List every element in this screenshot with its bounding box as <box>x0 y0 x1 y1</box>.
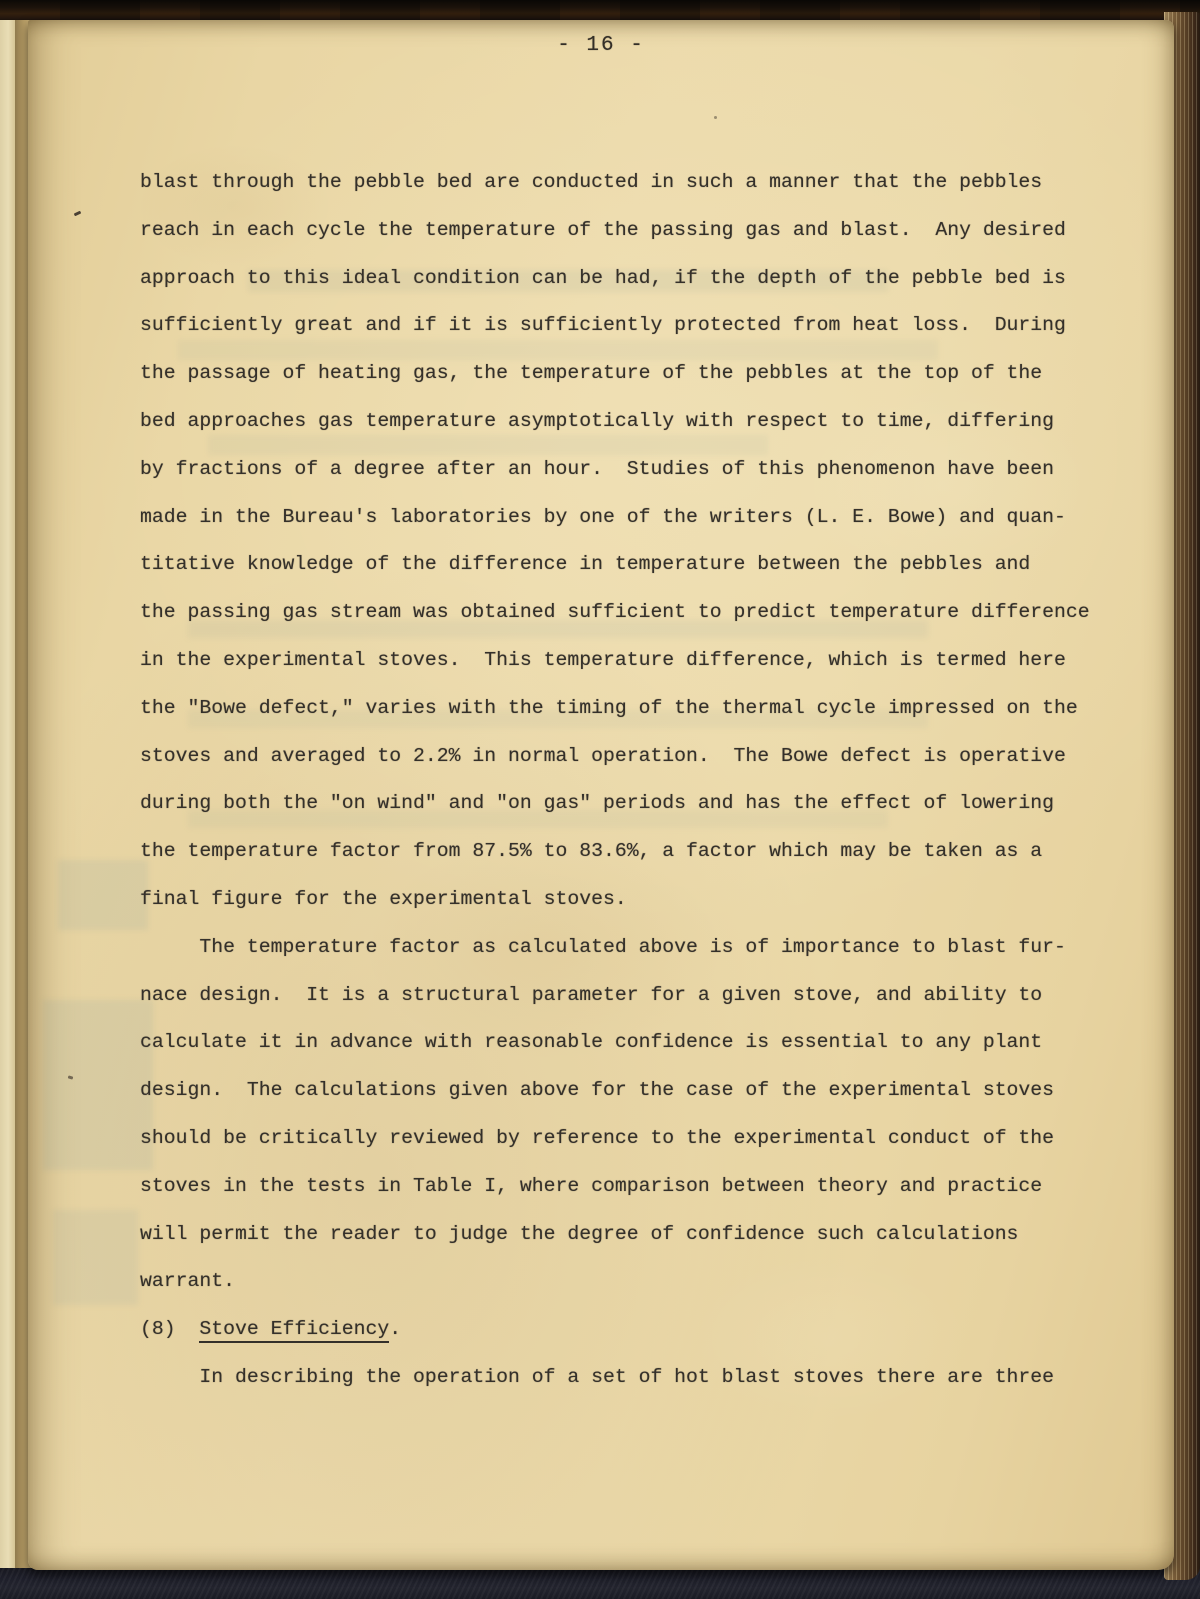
section-heading-title: Stove Efficiency <box>199 1318 389 1343</box>
section-heading: (8) Stove Efficiency. <box>140 1306 1130 1354</box>
text-line: titative knowledge of the difference in … <box>140 541 1130 589</box>
paper-speck <box>714 116 717 119</box>
paper-speck <box>68 1075 74 1079</box>
text-line: the "Bowe defect," varies with the timin… <box>140 685 1130 733</box>
text-line: in the experimental stoves. This tempera… <box>140 637 1130 685</box>
typed-text-block: blast through the pebble bed are conduct… <box>140 159 1130 1402</box>
text-line: stoves in the tests in Table I, where co… <box>140 1163 1130 1211</box>
text-line: sufficiently great and if it is sufficie… <box>140 302 1130 350</box>
page-number: - 16 - <box>28 34 1174 57</box>
text-line: blast through the pebble bed are conduct… <box>140 159 1130 207</box>
text-line: bed approaches gas temperature asymptoti… <box>140 398 1130 446</box>
text-line: approach to this ideal condition can be … <box>140 255 1130 303</box>
text-line: the passing gas stream was obtained suff… <box>140 589 1130 637</box>
text-line: nace design. It is a structural paramete… <box>140 972 1130 1020</box>
section-heading-period: . <box>389 1318 401 1340</box>
text-line: calculate it in advance with reasonable … <box>140 1019 1130 1067</box>
text-line: will permit the reader to judge the degr… <box>140 1211 1130 1259</box>
text-line: should be critically reviewed by referen… <box>140 1115 1130 1163</box>
text-line: made in the Bureau's laboratories by one… <box>140 494 1130 542</box>
paragraph-lines: blast through the pebble bed are conduct… <box>140 159 1130 1306</box>
bleed-through-smudge <box>58 860 148 930</box>
previous-page-edge <box>0 20 15 1568</box>
document-page: - 16 - blast through the pebble bed are … <box>28 20 1174 1570</box>
text-line: design. The calculations given above for… <box>140 1067 1130 1115</box>
text-line: stoves and averaged to 2.2% in normal op… <box>140 733 1130 781</box>
text-line: by fractions of a degree after an hour. … <box>140 446 1130 494</box>
book-cover-top-edge <box>0 0 1200 22</box>
text-line: The temperature factor as calculated abo… <box>140 924 1130 972</box>
bleed-through-smudge <box>53 1210 138 1305</box>
text-line: during both the "on wind" and "on gas" p… <box>140 780 1130 828</box>
paper-speck <box>74 211 82 217</box>
paragraph-lines: In describing the operation of a set of … <box>140 1354 1130 1402</box>
bleed-through-smudge <box>43 1000 153 1170</box>
text-line: the temperature factor from 87.5% to 83.… <box>140 828 1130 876</box>
text-line: In describing the operation of a set of … <box>140 1354 1130 1402</box>
text-line: final figure for the experimental stoves… <box>140 876 1130 924</box>
text-line: the passage of heating gas, the temperat… <box>140 350 1130 398</box>
section-number: (8) <box>140 1318 199 1340</box>
text-line: reach in each cycle the temperature of t… <box>140 207 1130 255</box>
text-line: warrant. <box>140 1258 1130 1306</box>
